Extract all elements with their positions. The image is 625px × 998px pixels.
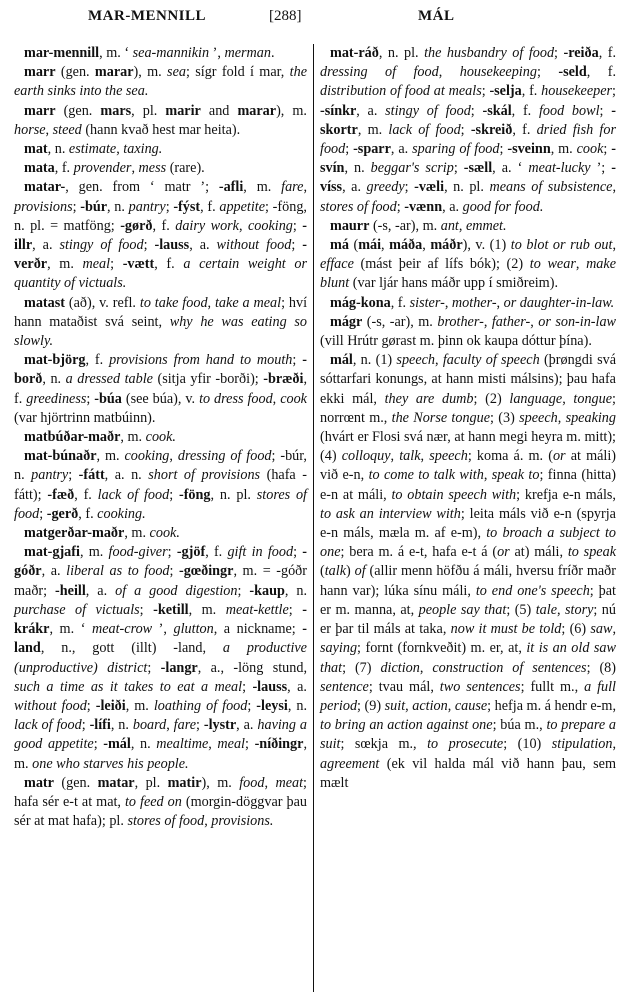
definition-text: cook. [150, 525, 180, 541]
entry-text: , [131, 160, 138, 176]
definition-text: glutton [174, 621, 214, 637]
definition-text: stores of food [320, 199, 397, 215]
entry-text: , n. pl. [211, 487, 257, 503]
definition-text: to speak [568, 544, 616, 560]
headword: -væli [414, 179, 444, 195]
entry-text: , f. [85, 352, 109, 368]
entry-text: (sitja yfir -borði); [153, 371, 263, 387]
entry-text: ; [291, 237, 302, 253]
entry-text: (vill Hrútr gørast m. þinn ok kaupa dótt… [320, 333, 592, 349]
entry-text: , [576, 256, 586, 272]
definition-text: appetite [219, 199, 265, 215]
headword: matgerðar-maðr [24, 525, 124, 541]
entry-text: ; [289, 602, 302, 618]
entry-text: , m. [124, 525, 149, 541]
definition-text: speech [396, 352, 435, 368]
entry-text: , [264, 775, 275, 791]
headword: marar [237, 103, 276, 119]
definition-text: stingy of food [385, 103, 471, 119]
definition-text: emmet. [466, 218, 507, 234]
entry-text: , f. [587, 64, 616, 80]
dictionary-entry: matr (gen. matar, pl. matir), m. food, m… [14, 774, 307, 832]
entry-text: (að), v. refl. [65, 295, 140, 311]
headword: marr [24, 103, 56, 119]
entry-text: ; (8) [587, 660, 616, 676]
headword: marir [165, 103, 200, 119]
headword: matast [24, 295, 65, 311]
entry-text: , m. [47, 256, 82, 272]
entry-text: ; [237, 583, 249, 599]
entry-text: ; sígr fold í mar, [186, 64, 290, 80]
entry-text: ( [349, 237, 358, 253]
definition-text: fare [174, 717, 196, 733]
definition-text: meat-lucky [528, 160, 590, 176]
headword: -níðingr [255, 736, 304, 752]
headword: mars [100, 103, 131, 119]
definition-text: to dress food [199, 391, 273, 407]
entry-text: (var hjörtrinn matbúinn). [14, 410, 155, 426]
entry-text: (gen. [56, 64, 95, 80]
dictionary-entry: mar-mennill, m. ‘ sea-mannikin ’, merman… [14, 44, 307, 63]
headword: matr [24, 775, 54, 791]
definition-text: such a time as it takes to eat a meal [14, 679, 242, 695]
entry-text: , pl. [135, 775, 168, 791]
entry-text: ; koma á. m. ( [468, 448, 553, 464]
definition-text: liberal as to food [66, 563, 169, 579]
dictionary-entry: maurr (-s, -ar), m. ant, emmet. [320, 217, 616, 236]
entry-text: ; [196, 717, 204, 733]
headword: -vætt [123, 256, 155, 272]
definition-text: efface [320, 256, 354, 272]
definition-text: stores of food [127, 813, 204, 829]
entry-text: , a. [42, 563, 67, 579]
entry-text: (var ljár hans máðr upp í smiðreim). [349, 275, 558, 291]
definition-text: greediness [26, 391, 86, 407]
entry-text: , n. [344, 160, 370, 176]
entry-text: , [612, 237, 616, 253]
definition-text: stingy of food [59, 237, 143, 253]
definition-text: to bring an action against one [320, 717, 493, 733]
entry-text: , n. [107, 199, 129, 215]
definition-text: sea [167, 64, 186, 80]
definition-text: cooking. [97, 506, 145, 522]
definition-text: provender [74, 160, 132, 176]
entry-text: , a. n. [105, 467, 149, 483]
entry-text: ; [247, 698, 256, 714]
definition-text: pantry [129, 199, 166, 215]
entry-text: , [391, 448, 400, 464]
definition-text: fare [281, 179, 303, 195]
headword: -fátt [79, 467, 105, 483]
headword: -leysi [256, 698, 288, 714]
headword: -gœðingr [179, 563, 233, 579]
definition-text: people say that [419, 602, 507, 618]
headword: -afli [219, 179, 243, 195]
entry-text: ; [461, 122, 471, 138]
entry-text: , a. [391, 141, 412, 157]
entry-text: ; [345, 141, 353, 157]
entry-text: ; [110, 256, 123, 272]
entry-text: ), m. [202, 775, 240, 791]
definition-text: food [239, 775, 264, 791]
entry-text: , [497, 295, 504, 311]
headword: -fæð [47, 487, 74, 503]
definition-text: cook [577, 141, 604, 157]
definition-text: distribution of food at meals [320, 83, 482, 99]
entry-text: , f. [512, 103, 539, 119]
headword: marar [95, 64, 134, 80]
headword: mat-björg [24, 352, 85, 368]
dictionary-entry: mat-gjafi, m. food-giver; -gjöf, f. gift… [14, 543, 307, 773]
definition-text: cooking [124, 448, 169, 464]
entry-text: (rare). [166, 160, 205, 176]
definition-text: food bowl [539, 103, 600, 119]
entry-text: ; [170, 563, 180, 579]
definition-text: talk [325, 563, 346, 579]
dictionary-entry: mata, f. provender, mess (rare). [14, 159, 307, 178]
definition-text: agreement [320, 756, 379, 772]
definition-text: dressing of food [178, 448, 272, 464]
definition-text: estimate [69, 141, 116, 157]
entry-text: (-s, -ar), m. [362, 314, 437, 330]
entry-text: , f. [55, 160, 74, 176]
entry-text: , a nickname; [214, 621, 303, 637]
entry-text: ; [169, 487, 179, 503]
entry-text: , a. [442, 199, 463, 215]
entry-text: , a. [189, 237, 216, 253]
entry-text: , m. [551, 141, 577, 157]
definition-text: or [553, 448, 566, 464]
entry-text: , [381, 237, 389, 253]
right-column: mat-ráð, n. pl. the husbandry of food; -… [320, 44, 616, 793]
headword: mat-ráð [330, 45, 379, 61]
headword: -sæll [464, 160, 492, 176]
entry-text: ; (6) [561, 621, 590, 637]
dictionary-entry: mág-kona, f. sister-, mother-, or daught… [320, 294, 616, 313]
entry-text: , [420, 660, 433, 676]
definition-text: lack of food [388, 122, 460, 138]
entry-text: , n. pl. [379, 45, 424, 61]
definition-text: without food [14, 698, 87, 714]
definition-text: beggar's scrip [371, 160, 454, 176]
headword: mat [24, 141, 48, 157]
headword: mar-mennill [24, 45, 99, 61]
entry-text: , [421, 448, 430, 464]
entry-text: , n. [131, 736, 156, 752]
definition-text: meal [217, 736, 245, 752]
definition-text: the husbandry of food [424, 45, 554, 61]
entry-text: ; [293, 544, 302, 560]
entry-text: , m. ‘ [49, 621, 92, 637]
definition-text: provisions [14, 199, 73, 215]
definition-text: to blot or rub out [511, 237, 613, 253]
definition-text: a dressed table [66, 371, 153, 387]
definition-text: dressing of food [320, 64, 439, 80]
entry-text: ; krefja e-n máls, [516, 487, 616, 503]
headword: marr [24, 64, 56, 80]
headword: -búa [94, 391, 122, 407]
definition-text: speak to [492, 467, 540, 483]
headword: -mál [103, 736, 131, 752]
entry-text: ; (5) [506, 602, 535, 618]
entry-text: , m. [358, 122, 389, 138]
headword: mat-gjafi [24, 544, 80, 560]
entry-text: , a. [342, 179, 366, 195]
entry-text: and [201, 103, 238, 119]
definition-text: brother- [437, 314, 483, 330]
entry-text: , m. [126, 698, 154, 714]
entry-text: , [169, 448, 177, 464]
right-guide-word: MÁL [418, 8, 455, 25]
entry-text: ) [346, 563, 355, 579]
entry-text: ), v. (1) [463, 237, 511, 253]
entry-text: ; (2) [474, 391, 510, 407]
definition-text: cause [455, 698, 487, 714]
definition-text: provisions. [211, 813, 273, 829]
headword: -föng [179, 487, 211, 503]
definition-text: loathing of food [154, 698, 248, 714]
dictionary-entry: marr (gen. mars, pl. marir and marar), m… [14, 102, 307, 140]
definition-text: to take food [140, 295, 208, 311]
definition-text: mother- [452, 295, 497, 311]
headword: -lífi [90, 717, 111, 733]
definition-text: father- [492, 314, 530, 330]
definition-text: food-giver [109, 544, 168, 560]
entry-text: , [562, 391, 573, 407]
entry-text: ’; [591, 160, 612, 176]
headword: -selja [489, 83, 521, 99]
entry-text: , [439, 64, 460, 80]
definition-text: faculty of speech [443, 352, 540, 368]
headword: -bræði [263, 371, 303, 387]
definition-text: to prosecute [427, 736, 503, 752]
definition-text: horse [14, 122, 46, 138]
entry-text: , gen. from ‘ matr ’; [65, 179, 219, 195]
headword: -vænn [404, 199, 442, 215]
headword: -langr [161, 660, 198, 676]
entry-text: , f. [154, 256, 183, 272]
headword: -heill [55, 583, 86, 599]
entry-text: ; [94, 736, 104, 752]
definition-text: taxing. [123, 141, 162, 157]
definition-text: take a meal [215, 295, 281, 311]
definition-text: colloquy [342, 448, 391, 464]
definition-text: board [133, 717, 166, 733]
dictionary-entry: matar-, gen. from ‘ matr ’; -afli, m. fa… [14, 178, 307, 293]
headword: -skreið [471, 122, 513, 138]
definition-text: diction [380, 660, 419, 676]
definition-text: meat-kettle [226, 602, 289, 618]
entry-text: , f. [205, 544, 227, 560]
definition-text: cook. [146, 429, 176, 445]
headword: -leiði [96, 698, 126, 714]
definition-text: one who starves his people. [32, 756, 188, 772]
entry-text: ; [144, 237, 155, 253]
entry-text: , a. ‘ [492, 160, 528, 176]
entry-text: , n. [288, 698, 307, 714]
definition-text: story [565, 602, 593, 618]
definition-text: construction of sentences [432, 660, 586, 676]
definition-text: meat [275, 775, 303, 791]
definition-text: of a good digestion [115, 583, 237, 599]
definition-text: greedy [367, 179, 405, 195]
entry-text: , [303, 179, 307, 195]
definition-text: merman [224, 45, 271, 61]
page-number: [288] [269, 8, 302, 25]
entry-text: , n. [42, 371, 65, 387]
definition-text: sparing of food [412, 141, 499, 157]
entry-text: , [484, 314, 492, 330]
headword: mái [358, 237, 381, 253]
headword: -sparr [353, 141, 391, 157]
entry-text: , f. [391, 295, 410, 311]
definition-text: or son-in-law [538, 314, 616, 330]
definition-text: meat-crow [92, 621, 152, 637]
headword: matbúðar-maðr [24, 429, 120, 445]
definition-text: provisions from hand to mouth [109, 352, 292, 368]
entry-text: , [557, 602, 565, 618]
headword: -sveinn [507, 141, 550, 157]
entry-text: , a. [356, 103, 385, 119]
headword: -gjöf [177, 544, 205, 560]
entry-text: ; [82, 717, 90, 733]
headword: -skál [482, 103, 511, 119]
entry-text: , a., -löng stund, [198, 660, 307, 676]
entry-text: , [239, 218, 248, 234]
definition-text: tale [536, 602, 557, 618]
definition-text: mess [139, 160, 167, 176]
definition-text: speaking [566, 410, 616, 426]
entry-text: ; hefja m. á hendr e-m, [487, 698, 616, 714]
entry-text: , m. [97, 448, 125, 464]
entry-text: ; (7) [342, 660, 380, 676]
dictionary-entry: mat-búnaðr, m. cooking, dressing of food… [14, 447, 307, 524]
entry-text: , n. (1) [353, 352, 397, 368]
definition-text: mealtime [156, 736, 208, 752]
definition-text: tongue [573, 391, 612, 407]
entry-text: ; [140, 602, 153, 618]
definition-text: lack of food [14, 717, 82, 733]
definition-text: to obtain speech with [391, 487, 516, 503]
headword: mágr [330, 314, 362, 330]
headword: -ketill [153, 602, 188, 618]
definition-text: cooking [248, 218, 293, 234]
entry-text: , f. [522, 83, 541, 99]
entry-text: ; [293, 218, 302, 234]
headword: matar- [24, 179, 65, 195]
definition-text: ant [441, 218, 459, 234]
entry-text: , f. [78, 506, 97, 522]
definition-text: two sentences [440, 679, 521, 695]
headword: má [330, 237, 349, 253]
dictionary-entry: matbúðar-maðr, m. cook. [14, 428, 307, 447]
entry-text: ; [87, 698, 96, 714]
definition-text: action [412, 698, 447, 714]
definition-text: language [509, 391, 562, 407]
definition-text: talk [399, 448, 420, 464]
dictionary-entry: matast (að), v. refl. to take food, take… [14, 294, 307, 352]
entry-text: , n. [285, 583, 307, 599]
entry-text: , a. [32, 237, 59, 253]
entry-text: ’, [209, 45, 224, 61]
entry-text: ; (9) [357, 698, 385, 714]
dictionary-entry: mat-björg, f. provisions from hand to mo… [14, 351, 307, 428]
definition-text: speech [429, 448, 468, 464]
entry-text: ; [147, 660, 160, 676]
entry-text: (see búa), v. [122, 391, 199, 407]
entry-text: , f. [153, 218, 176, 234]
headword: -seld [558, 64, 586, 80]
entry-text: , [435, 352, 443, 368]
definition-text: stipulation [552, 736, 613, 752]
headword: matar [98, 775, 135, 791]
headword: -fýst [173, 199, 200, 215]
entry-text: . [271, 45, 275, 61]
dictionary-entry: matgerðar-maðr, m. cook. [14, 524, 307, 543]
headword: mál [330, 352, 353, 368]
entry-text: , m. [243, 179, 281, 195]
entry-text: , f. [74, 487, 97, 503]
dictionary-entry: marr (gen. marar), m. sea; sígr fold í m… [14, 63, 307, 101]
entry-text: (hann kvað hest mar heita). [82, 122, 240, 138]
entry-text: , a. [236, 717, 257, 733]
definition-text: sister- [410, 295, 445, 311]
entry-text: , [612, 736, 616, 752]
entry-text: ; (10) [503, 736, 552, 752]
headword: maurr [330, 218, 369, 234]
entry-text: , m. [189, 602, 226, 618]
dictionary-entry: mál, n. (1) speech, faculty of speech (þ… [320, 351, 616, 793]
entry-text: ; [39, 506, 47, 522]
headword: mág-kona [330, 295, 391, 311]
entry-text: ; fornt (fornkveðit) m. er, at, [357, 640, 526, 656]
entry-text: ; tvau mál, [369, 679, 440, 695]
entry-text: , [448, 698, 455, 714]
entry-text: ), m. [134, 64, 168, 80]
entry-text: , m. [120, 429, 145, 445]
dictionary-entry: má (mái, máða, máðr), v. (1) to blot or … [320, 236, 616, 294]
entry-text: , n. [111, 717, 133, 733]
definition-text: dairy work [175, 218, 239, 234]
definition-text: to ask an interview with [320, 506, 461, 522]
page-header: MAR-MENNILL [288] MÁL [0, 6, 625, 30]
entry-text: , [484, 467, 492, 483]
headword: -sínkr [320, 103, 356, 119]
definition-text: speech [519, 410, 558, 426]
entry-text: ; [245, 736, 255, 752]
headword: -gerð [47, 506, 79, 522]
entry-text: (mást þeir af lífs bók); (2) [354, 256, 530, 272]
entry-text: , [459, 218, 466, 234]
definition-text: sea-mannikin [133, 45, 209, 61]
definition-text: housekeeping [460, 64, 537, 80]
headword: matir [168, 775, 202, 791]
definition-text: lack of food [98, 487, 170, 503]
headword: -lauss [252, 679, 287, 695]
entry-text: ; [168, 544, 177, 560]
definition-text: housekeeper [541, 83, 612, 99]
definition-text: saw [590, 621, 612, 637]
entry-text: (gen. [56, 103, 101, 119]
entry-text: , [445, 295, 452, 311]
definition-text: means of subsistence [489, 179, 612, 195]
headword: mata [24, 160, 55, 176]
entry-text: , n. [48, 141, 69, 157]
entry-text: ; sœkja m., [341, 736, 428, 752]
entry-text: , a. [287, 679, 307, 695]
entry-text: , f. [512, 122, 536, 138]
entry-text: ; [471, 103, 483, 119]
